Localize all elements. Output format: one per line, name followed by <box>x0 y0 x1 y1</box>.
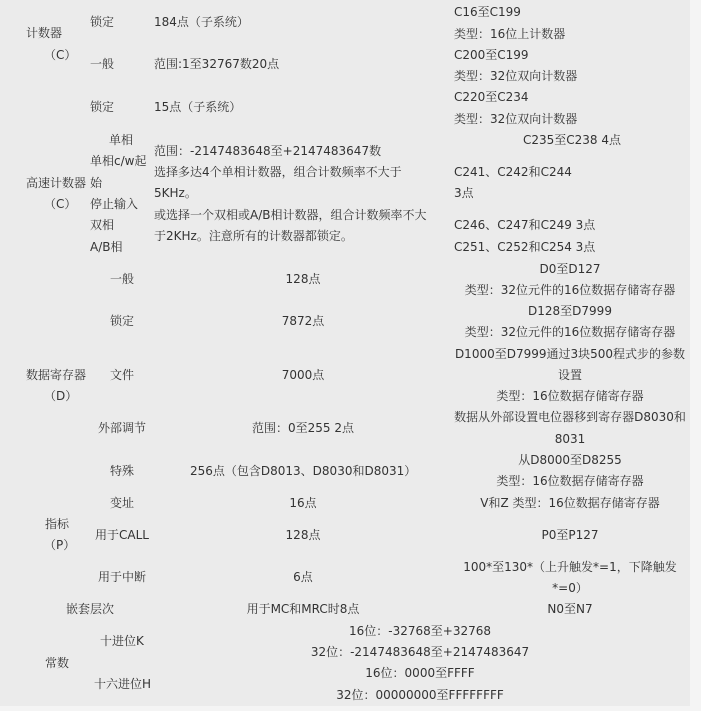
sub-label: 特殊 <box>110 464 134 478</box>
note: D128至D7999 <box>450 304 690 318</box>
category-data-registers: 数据寄存器 <box>26 368 86 382</box>
sub-label: 一般 <box>90 57 114 71</box>
description: 5KHz。 <box>154 186 197 200</box>
count-value: 7000点 <box>200 368 406 382</box>
note: 3点 <box>454 186 474 200</box>
note: 类型：32位双向计数器 <box>454 112 577 126</box>
count-value: 6点 <box>200 570 406 584</box>
description: 选择多达4个单相计数器，组合计数频率不大于 <box>154 165 402 179</box>
description: 于2KHz。注意所有的计数器都锁定。 <box>154 229 353 243</box>
count-value: 范围：0至255 2点 <box>200 421 406 435</box>
note: C246、C247和C249 3点 <box>454 218 595 232</box>
note: 类型：32位元件的16位数据存储寄存器 <box>450 325 690 339</box>
note: 从D8000至D8255 <box>450 453 690 467</box>
note: 类型：32位元件的16位数据存储寄存器 <box>450 283 690 297</box>
category-code: （C） <box>44 197 76 211</box>
note: C220至C234 <box>454 90 529 104</box>
count-value: 256点（包含D8013、D8030和D8031） <box>190 464 416 478</box>
category-counters: 计数器 <box>26 26 62 40</box>
sub-label: 双相 <box>90 218 114 232</box>
category-code: （C） <box>44 48 76 62</box>
category-code: （D） <box>44 389 77 403</box>
sub-label: 锁定 <box>90 15 114 29</box>
note: C200至C199 <box>454 48 529 62</box>
category-nesting: 嵌套层次 <box>66 602 114 616</box>
category-pointers: 指标 <box>45 517 69 531</box>
sub-label: 锁定 <box>110 314 134 328</box>
constant-range: 32位：00000000至FFFFFFFF <box>300 688 540 702</box>
sub-label: 停止输入 <box>90 197 138 211</box>
note: C251、C252和C254 3点 <box>454 240 595 254</box>
constant-range: 32位：-2147483648至+2147483647 <box>300 645 540 659</box>
description: 范围：-2147483648至+2147483647数 <box>154 144 381 158</box>
sub-label: 变址 <box>110 496 134 510</box>
description: 或选择一个双相或A/B相计数器，组合计数频率不大 <box>154 208 427 222</box>
note: 8031 <box>450 432 690 446</box>
note: 数据从外部设置电位器移到寄存器D8030和 <box>450 410 690 424</box>
note: 类型：32位双向计数器 <box>454 69 577 83</box>
sub-label: A/B相 <box>90 240 123 254</box>
note: P0至P127 <box>450 528 690 542</box>
count-value: 7872点 <box>200 314 406 328</box>
note: V和Z 类型：16位数据存储寄存器 <box>450 496 690 510</box>
sub-label: 用于中断 <box>98 570 146 584</box>
category-code: （P） <box>44 538 75 552</box>
sub-label: 十进位K <box>100 634 144 648</box>
sub-label: 锁定 <box>90 100 114 114</box>
sub-label: 用于CALL <box>95 528 149 542</box>
sub-label: 一般 <box>110 272 134 286</box>
sub-label: 文件 <box>110 368 134 382</box>
note: 类型：16位上计数器 <box>454 27 565 41</box>
category-high-speed-counters: 高速计数器 <box>26 176 86 190</box>
note: *=0） <box>450 581 690 595</box>
spec-table: 计数器 （C） 锁定 184点（子系统） 一般 范围:1至32767数20点 锁… <box>0 0 690 706</box>
note: C235至C238 4点 <box>523 133 621 147</box>
count-value: 范围:1至32767数20点 <box>154 57 279 71</box>
count-value: 128点 <box>200 272 406 286</box>
sub-label: 单相 <box>109 133 133 147</box>
constant-range: 16位：0000至FFFF <box>300 666 540 680</box>
count-value: 16点 <box>200 496 406 510</box>
sub-label: 十六进位H <box>94 677 151 691</box>
count-value: 184点（子系统） <box>154 15 249 29</box>
sub-label: 外部调节 <box>98 421 146 435</box>
count-value: 用于MC和MRC时8点 <box>190 602 416 616</box>
sub-label: 始 <box>90 176 102 190</box>
note: 类型：16位数据存储寄存器 <box>450 474 690 488</box>
note: N0至N7 <box>450 602 690 616</box>
note: C241、C242和C244 <box>454 165 572 179</box>
count-value: 15点（子系统） <box>154 100 241 114</box>
note: 设置 <box>450 368 690 382</box>
note: D1000至D7999通过3块500程式步的参数 <box>450 347 690 361</box>
note: 100*至130*（上升触发*=1，下降触发 <box>450 560 690 574</box>
count-value: 128点 <box>200 528 406 542</box>
note: C16至C199 <box>454 5 521 19</box>
note: 类型：16位数据存储寄存器 <box>450 389 690 403</box>
constant-range: 16位：-32768至+32768 <box>300 624 540 638</box>
note: D0至D127 <box>450 262 690 276</box>
sub-label: 单相c/w起 <box>90 154 146 168</box>
category-constants: 常数 <box>45 656 69 670</box>
